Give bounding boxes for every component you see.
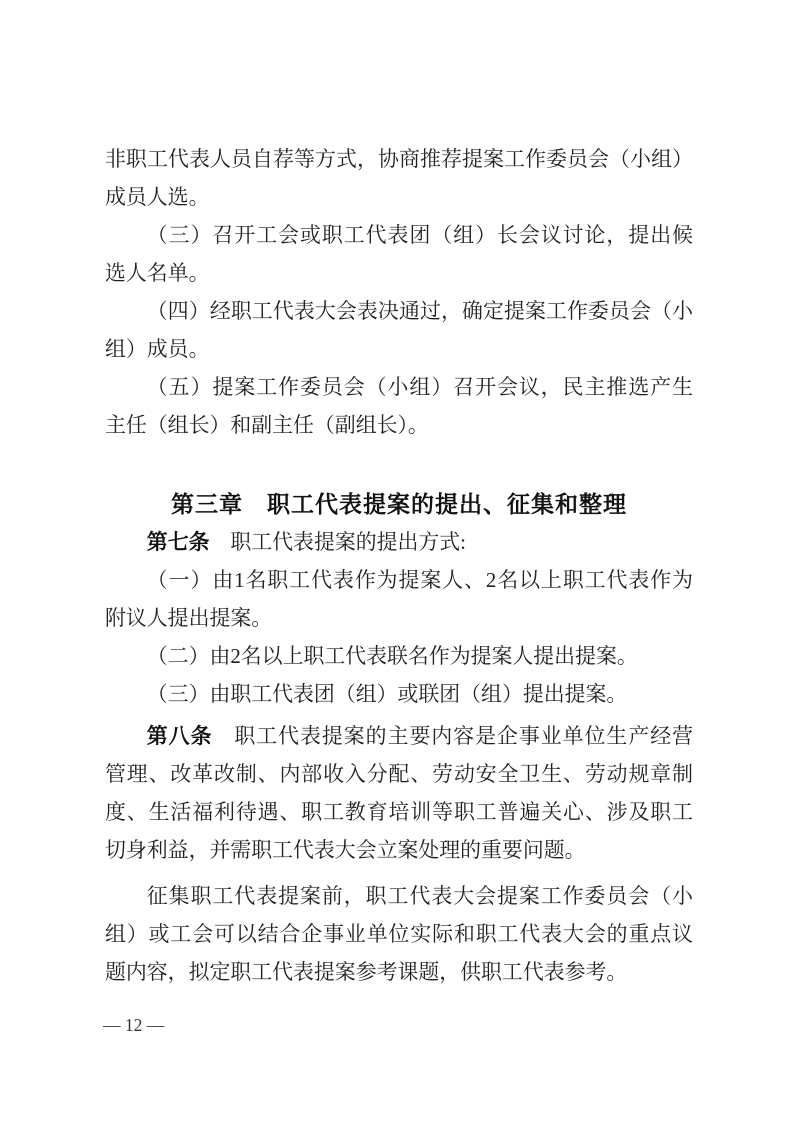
text-segment: （一）由1名职工代表作为提案人、2名以上职工代表作为	[147, 568, 693, 592]
text-segment: 题内容，拟定职工代表提案参考课题，供职工代表参考。	[105, 960, 627, 984]
text-segment: （二）由2名以上职工代表联名作为提案人提出提案。	[147, 644, 638, 668]
paragraph: 第八条 职工代表提案的主要内容是企事业单位生产经营管理、改革改制、内部收入分配、…	[105, 717, 693, 869]
text-segment: （五）提案工作委员会（小组）召开会议，民主推选产生	[147, 375, 693, 399]
text-line: 选人名单。	[105, 254, 693, 292]
text-line: （二）由2名以上职工代表联名作为提案人提出提案。	[105, 637, 693, 675]
text-line: 题内容，拟定职工代表提案参考课题，供职工代表参考。	[105, 953, 693, 991]
paragraph: （三）由职工代表团（组）或联团（组）提出提案。	[105, 675, 693, 713]
text-line: （五）提案工作委员会（小组）召开会议，民主推选产生	[105, 368, 693, 406]
text-segment: 组）或工会可以结合企事业单位实际和职工代表大会的重点议	[105, 922, 693, 946]
text-line: 附议人提出提案。	[105, 599, 693, 637]
chapter-heading: 第三章 职工代表提案的提出、征集和整理	[105, 485, 693, 523]
text-segment: 主任（组长）和副主任（副组长）。	[105, 413, 429, 437]
text-segment: 选人名单。	[105, 261, 209, 285]
text-line: 第八条 职工代表提案的主要内容是企事业单位生产经营	[105, 717, 693, 755]
text-line: 管理、改革改制、内部收入分配、劳动安全卫生、劳动规章制	[105, 755, 693, 793]
text-segment: （三）由职工代表团（组）或联团（组）提出提案。	[147, 682, 628, 706]
page-number: — 12 —	[103, 1015, 164, 1035]
text-line: 切身利益，并需职工代表大会立案处理的重要问题。	[105, 831, 693, 869]
text-segment: 管理、改革改制、内部收入分配、劳动安全卫生、劳动规章制	[105, 762, 693, 786]
text-line: （四）经职工代表大会表决通过，确定提案工作委员会（小	[105, 292, 693, 330]
page-footer: — 12 —	[103, 1014, 164, 1036]
text-line: 度、生活福利待遇、职工教育培训等职工普遍关心、涉及职工	[105, 793, 693, 831]
text-line: （三）由职工代表团（组）或联团（组）提出提案。	[105, 675, 693, 713]
text-segment: 成员人选。	[105, 185, 209, 209]
paragraph: 第七条 职工代表提案的提出方式:	[105, 523, 693, 561]
text-segment: 附议人提出提案。	[105, 606, 272, 630]
article-number-label: 第八条	[147, 725, 213, 748]
text-line: 组）成员。	[105, 330, 693, 368]
text-line: 征集职工代表提案前，职工代表大会提案工作委员会（小	[105, 877, 693, 915]
paragraph: （一）由1名职工代表作为提案人、2名以上职工代表作为附议人提出提案。	[105, 561, 693, 637]
text-line: （一）由1名职工代表作为提案人、2名以上职工代表作为	[105, 561, 693, 599]
paragraph: （四）经职工代表大会表决通过，确定提案工作委员会（小组）成员。	[105, 292, 693, 368]
paragraph: 非职工代表人员自荐等方式，协商推荐提案工作委员会（小组）成员人选。	[105, 140, 693, 216]
paragraph: （二）由2名以上职工代表联名作为提案人提出提案。	[105, 637, 693, 675]
text-line: 非职工代表人员自荐等方式，协商推荐提案工作委员会（小组）	[105, 140, 693, 178]
text-line: （三）召开工会或职工代表团（组）长会议讨论，提出候	[105, 216, 693, 254]
document-page: 非职工代表人员自荐等方式，协商推荐提案工作委员会（小组）成员人选。（三）召开工会…	[0, 0, 793, 1122]
text-line: 主任（组长）和副主任（副组长）。	[105, 406, 693, 444]
text-line: 第七条 职工代表提案的提出方式:	[105, 523, 693, 561]
text-line: 组）或工会可以结合企事业单位实际和职工代表大会的重点议	[105, 915, 693, 953]
text-segment: 组）成员。	[105, 337, 209, 361]
paragraph: 征集职工代表提案前，职工代表大会提案工作委员会（小组）或工会可以结合企事业单位实…	[105, 877, 693, 991]
text-segment: 职工代表提案的主要内容是企事业单位生产经营	[212, 724, 693, 748]
paragraph: （五）提案工作委员会（小组）召开会议，民主推选产生主任（组长）和副主任（副组长）…	[105, 368, 693, 444]
text-line: 成员人选。	[105, 178, 693, 216]
article-number-label: 第七条	[147, 531, 210, 554]
text-segment: 切身利益，并需职工代表大会立案处理的重要问题。	[105, 838, 586, 862]
text-segment: 非职工代表人员自荐等方式，协商推荐提案工作委员会（小组）	[105, 147, 693, 171]
text-segment: （三）召开工会或职工代表团（组）长会议讨论，提出候	[147, 223, 693, 247]
document-content: 非职工代表人员自荐等方式，协商推荐提案工作委员会（小组）成员人选。（三）召开工会…	[105, 140, 693, 991]
text-segment: 职工代表提案的提出方式:	[209, 530, 466, 554]
text-segment: 度、生活福利待遇、职工教育培训等职工普遍关心、涉及职工	[105, 800, 693, 824]
text-segment: 征集职工代表提案前，职工代表大会提案工作委员会（小	[147, 884, 693, 908]
paragraph: （三）召开工会或职工代表团（组）长会议讨论，提出候选人名单。	[105, 216, 693, 292]
text-segment: （四）经职工代表大会表决通过，确定提案工作委员会（小	[147, 299, 693, 323]
